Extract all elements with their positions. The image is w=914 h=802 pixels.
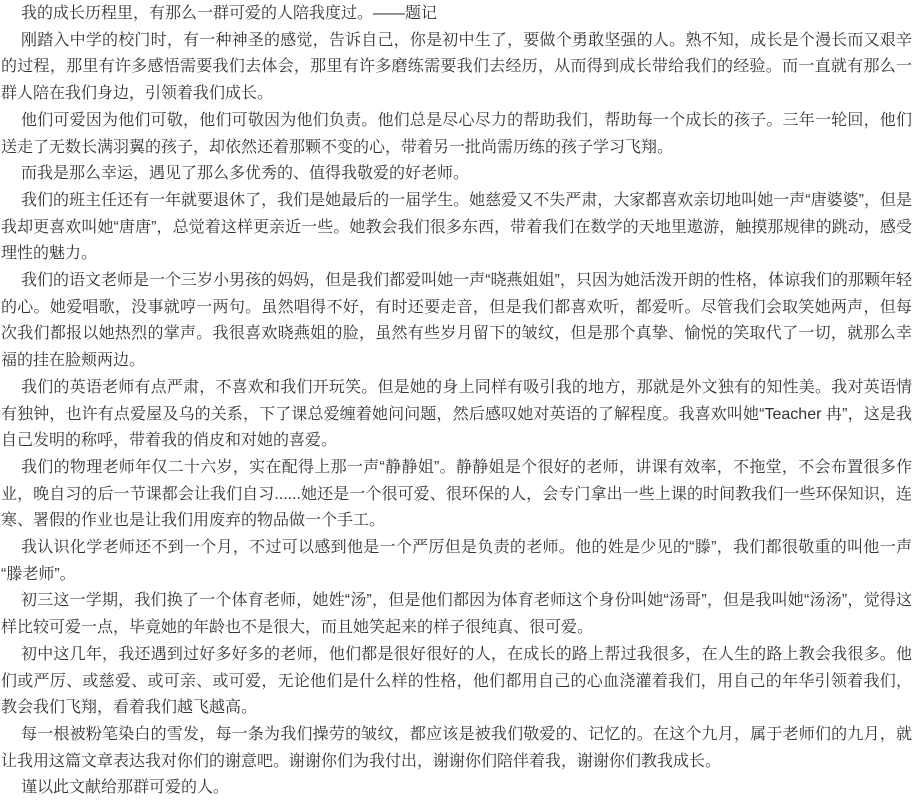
essay-paragraph: 我们的语文老师是一个三岁小男孩的妈妈，但是我们都爱叫她一声“晓燕姐姐”，只因为她… [1, 268, 912, 375]
essay-paragraph: 我们的物理老师年仅二十六岁，实在配得上那一声“静静姐”。静静姐是个很好的老师，讲… [1, 455, 912, 535]
essay-paragraph: 每一根被粉笔染白的雪发，每一条为我们操劳的皱纹，都应该是被我们敬爱的、记忆的。在… [1, 722, 912, 775]
essay-document: 我的成长历程里，有那么一群可爱的人陪我度过。——题记 刚踏入中学的校门时，有一种… [0, 0, 914, 802]
essay-paragraph: 刚踏入中学的校门时，有一种神圣的感觉，告诉自己，你是初中生了，要做个勇敢坚强的人… [1, 28, 912, 108]
essay-paragraph: 初三这一学期，我们换了一个体育老师，她姓“汤”，但是他们都因为体育老师这个身份叫… [1, 588, 912, 641]
essay-closing: 谨以此文献给那群可爱的人。 [1, 775, 912, 802]
essay-paragraph: 初中这几年，我还遇到过好多好多的老师，他们都是很好很好的人，在成长的路上帮过我很… [1, 642, 912, 722]
essay-paragraph: 我们的英语老师有点严肃，不喜欢和我们开玩笑。但是她的身上同样有吸引我的地方，那就… [1, 375, 912, 455]
essay-paragraph: 我认识化学老师还不到一个月，不过可以感到他是一个严厉但是负责的老师。他的姓是少见… [1, 535, 912, 588]
essay-epigraph: 我的成长历程里，有那么一群可爱的人陪我度过。——题记 [1, 1, 912, 28]
essay-paragraph: 而我是那么幸运，遇见了那么多优秀的、值得我敬爱的好老师。 [1, 161, 912, 188]
essay-paragraph: 他们可爱因为他们可敬，他们可敬因为他们负责。他们总是尽心尽力的帮助我们，帮助每一… [1, 108, 912, 161]
essay-paragraph: 我们的班主任还有一年就要退休了，我们是她最后的一届学生。她慈爱又不失严肃，大家都… [1, 188, 912, 268]
